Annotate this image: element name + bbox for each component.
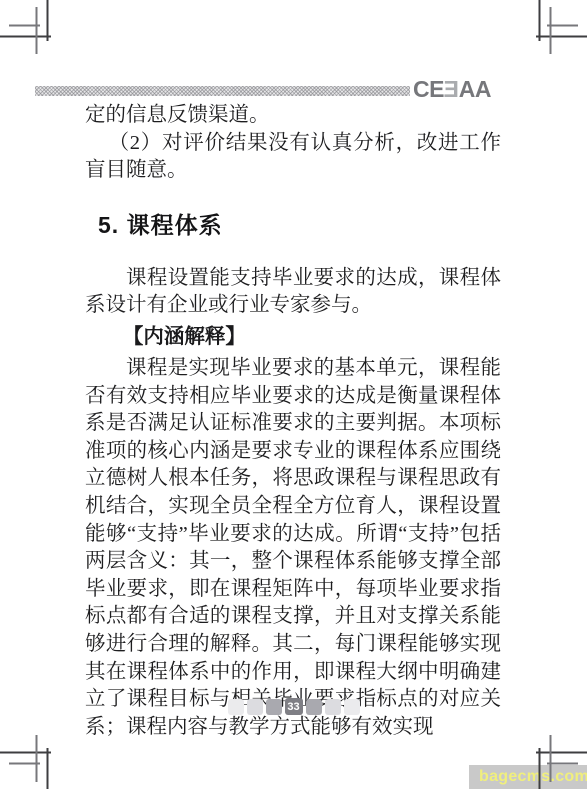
pager-square <box>266 699 282 715</box>
paragraph-item-2: （2）对评价结果没有认真分析，改进工作盲目随意。 <box>85 130 501 185</box>
crop-mark-bottom-left <box>0 727 62 789</box>
crop-mark-bottom-right <box>525 727 587 789</box>
paragraph-feedback-channel: 定的信息反馈渠道。 <box>85 102 501 130</box>
pager-square <box>247 699 263 715</box>
pager-square <box>228 699 244 715</box>
paragraph-explanation: 课程是实现毕业要求的基本单元，课程能否有效支持相应毕业要求的达成是衡量课程体系是… <box>85 355 501 741</box>
section-heading-curriculum: 5. 课程体系 <box>98 210 501 240</box>
subsection-heading-explanation: 【内涵解释】 <box>85 322 501 352</box>
document-page: CEEAA 定的信息反馈渠道。 （2）对评价结果没有认真分析，改进工作盲目随意。… <box>0 0 587 789</box>
logo-reversed-e: E <box>444 78 459 101</box>
header-rule <box>35 86 410 96</box>
pager-square <box>344 699 360 715</box>
text-column: 定的信息反馈渠道。 （2）对评价结果没有认真分析，改进工作盲目随意。 5. 课程… <box>85 102 501 741</box>
logo-text-aa: AA <box>459 76 491 102</box>
page-number-badge: 33 <box>285 698 303 715</box>
logo-text-ce: CE <box>413 76 444 102</box>
paragraph-standard: 课程设置能支持毕业要求的达成，课程体系设计有企业或行业专家参与。 <box>85 265 501 320</box>
page-header: CEEAA <box>35 78 491 101</box>
pager-square <box>306 699 322 715</box>
crop-mark-top-left <box>0 0 62 62</box>
page-number-bar: 33 <box>0 698 587 715</box>
pager-square <box>325 699 341 715</box>
crop-mark-top-right <box>525 0 587 62</box>
ceeaa-logo: CEEAA <box>413 78 491 101</box>
